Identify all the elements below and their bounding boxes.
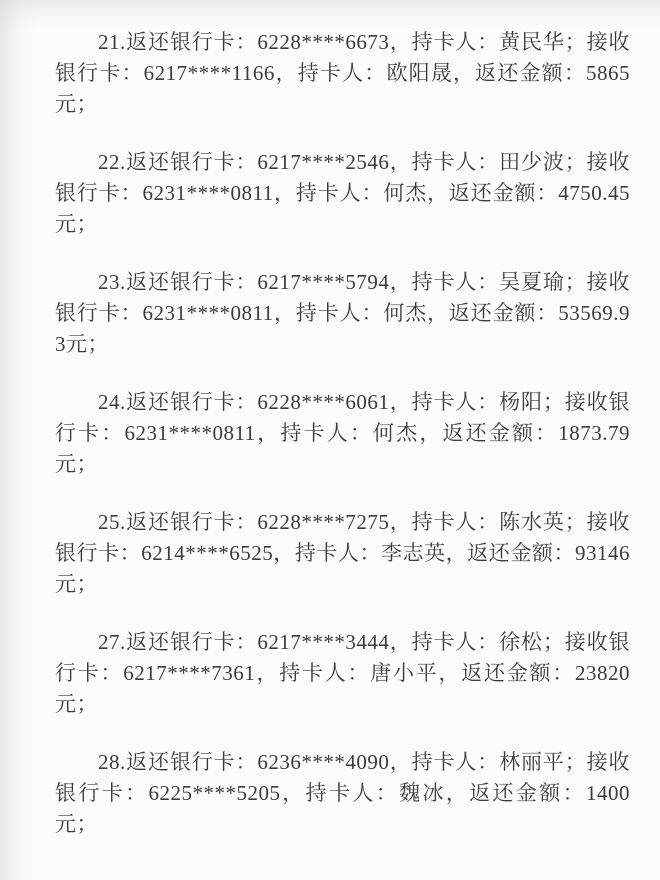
refund-entry: 23.返还银行卡：6217****5794，持卡人：吴夏瑜；接收银行卡：6231… <box>55 267 630 360</box>
entries-container: 21.返还银行卡：6228****6673，持卡人：黄民华；接收银行卡：6217… <box>55 27 630 840</box>
document-page: 21.返还银行卡：6228****6673，持卡人：黄民华；接收银行卡：6217… <box>0 0 660 880</box>
refund-entry: 22.返还银行卡：6217****2546，持卡人：田少波；接收银行卡：6231… <box>55 147 630 240</box>
refund-entry: 21.返还银行卡：6228****6673，持卡人：黄民华；接收银行卡：6217… <box>55 27 630 120</box>
refund-entry: 28.返还银行卡：6236****4090，持卡人：林丽平；接收银行卡：6225… <box>55 747 630 840</box>
refund-entry: 27.返还银行卡：6217****3444，持卡人：徐松；接收银行卡：6217*… <box>55 627 630 720</box>
refund-entry: 25.返还银行卡：6228****7275，持卡人：陈水英；接收银行卡：6214… <box>55 507 630 600</box>
refund-entry: 24.返还银行卡：6228****6061，持卡人：杨阳；接收银行卡：6231*… <box>55 387 630 480</box>
